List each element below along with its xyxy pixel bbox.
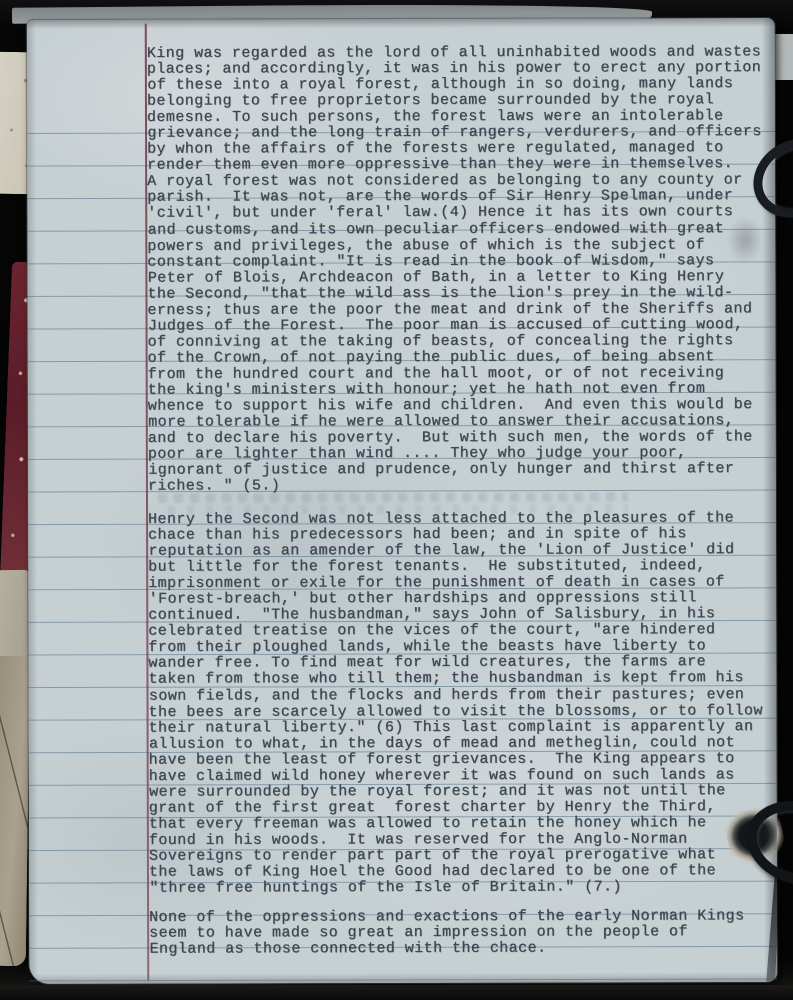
typed-line: and to declare his poverty. But with suc…: [148, 429, 762, 447]
typed-line: England as those connected with the chac…: [150, 940, 745, 958]
page-tear-shadow: [763, 876, 781, 986]
typed-line: King was regarded as the lord of all uni…: [147, 44, 761, 62]
typed-line: of these into a royal forest, although i…: [147, 76, 761, 94]
typed-line: powers and privileges, the abuse of whic…: [147, 237, 761, 255]
typed-line: "three free huntings of the Isle of Brit…: [149, 879, 763, 897]
typed-line: were surrounded by the royal forest; and…: [149, 783, 763, 801]
typed-line: found in his woods. It was reserved for …: [149, 831, 763, 849]
typed-line: riches. " (5.): [148, 477, 762, 495]
paragraph-norman-kings: None of the oppressions and exactions of…: [149, 908, 745, 958]
table-surface-bottom: [0, 985, 793, 1000]
typed-line: 'Forest-breach,' but other hardships and…: [149, 590, 763, 608]
torn-scrap-bottom-left: [0, 656, 30, 966]
typed-line: allusion to what, in the days of mead an…: [149, 735, 763, 753]
typed-line: None of the oppressions and exactions of…: [149, 908, 744, 926]
typed-line: the bees are scarcely allowed to visit t…: [149, 703, 763, 721]
paragraph-forest-law: King was regarded as the lord of all uni…: [147, 44, 763, 495]
photo-scene: King was regarded as the lord of all uni…: [0, 0, 793, 1000]
typed-line: from their ploughed lands, while the bea…: [148, 639, 762, 657]
typed-line: grievance; and the long train of rangers…: [147, 124, 761, 142]
typed-line: ignorant of justice and prudence, only h…: [148, 461, 762, 479]
paragraph-henry-second: Henry the Second was not less attached t…: [148, 510, 763, 897]
typed-line: Henry the Second was not less attached t…: [148, 510, 762, 528]
manuscript-page: King was regarded as the lord of all uni…: [27, 18, 778, 984]
typed-line: Judges of the Forest. The poor man is ac…: [148, 317, 762, 335]
typed-line: A royal forest was not considered as bel…: [147, 173, 761, 191]
typed-line: from the hundred court and the hall moot…: [148, 365, 762, 383]
typed-line: Peter of Blois, Archdeacon of Bath, in a…: [148, 269, 762, 287]
typewritten-text: King was regarded as the lord of all uni…: [147, 44, 773, 46]
typed-line: reputation as an amender of the law, the…: [149, 542, 763, 560]
